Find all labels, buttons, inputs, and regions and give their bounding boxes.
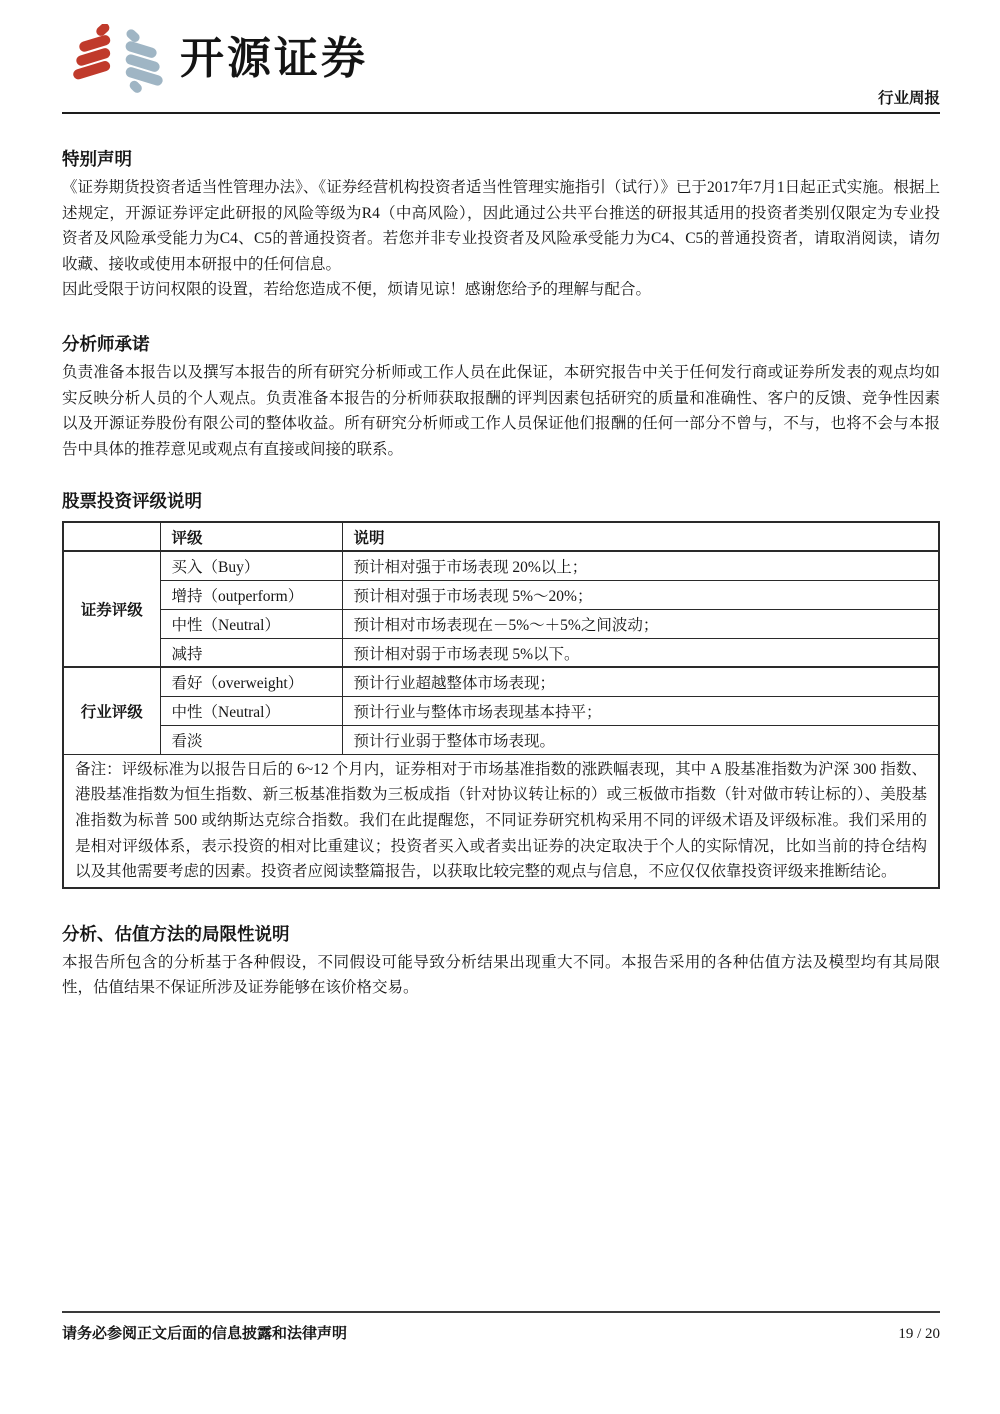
rating-cell: 减持 bbox=[160, 638, 342, 667]
section-title: 股票投资评级说明 bbox=[62, 490, 940, 512]
description-cell: 预计行业与整体市场表现基本持平； bbox=[342, 696, 939, 725]
section-title: 特别声明 bbox=[62, 148, 940, 170]
description-cell: 预计相对强于市场表现 5%～20%； bbox=[342, 580, 939, 609]
page-header: 开源证券 行业周报 bbox=[62, 0, 940, 114]
page-footer: 请务必参阅正文后面的信息披露和法律声明 19 / 20 bbox=[62, 1311, 940, 1343]
table-row: 中性（Neutral） 预计相对市场表现在－5%～＋5%之间波动； bbox=[63, 609, 939, 638]
company-name: 开源证券 bbox=[180, 37, 368, 81]
paragraph: 负责准备本报告以及撰写本报告的所有研究分析师或工作人员在此保证，本研究报告中关于… bbox=[62, 360, 940, 462]
group-label-industry: 行业评级 bbox=[63, 667, 160, 754]
table-header-row: 评级 说明 bbox=[63, 522, 939, 551]
rating-cell: 看好（overweight） bbox=[160, 667, 342, 696]
table-note: 备注：评级标准为以报告日后的 6~12 个月内，证券相对于市场基准指数的涨跌幅表… bbox=[63, 754, 939, 887]
section-analyst-commitment: 分析师承诺 负责准备本报告以及撰写本报告的所有研究分析师或工作人员在此保证，本研… bbox=[62, 333, 940, 462]
report-type-label: 行业周报 bbox=[878, 86, 940, 108]
description-cell: 预计行业超越整体市场表现； bbox=[342, 667, 939, 696]
table-row: 证券评级 买入（Buy） 预计相对强于市场表现 20%以上； bbox=[63, 551, 939, 580]
report-page: 开源证券 行业周报 特别声明 《证券期货投资者适当性管理办法》、《证券经营机构投… bbox=[0, 0, 1000, 1414]
table-row: 行业评级 看好（overweight） 预计行业超越整体市场表现； bbox=[63, 667, 939, 696]
table-row: 减持 预计相对弱于市场表现 5%以下。 bbox=[63, 638, 939, 667]
table-row: 看淡 预计行业弱于整体市场表现。 bbox=[63, 725, 939, 754]
kaiyuan-logo-icon bbox=[72, 24, 168, 94]
paragraph: 因此受限于访问权限的设置，若给您造成不便，烦请见谅！感谢您给予的理解与配合。 bbox=[62, 277, 940, 303]
table-row: 中性（Neutral） 预计行业与整体市场表现基本持平； bbox=[63, 696, 939, 725]
description-cell: 预计相对市场表现在－5%～＋5%之间波动； bbox=[342, 609, 939, 638]
header-cell-rating: 评级 bbox=[160, 522, 342, 551]
rating-cell: 看淡 bbox=[160, 725, 342, 754]
section-body: 负责准备本报告以及撰写本报告的所有研究分析师或工作人员在此保证，本研究报告中关于… bbox=[62, 360, 940, 462]
header-cell-description: 说明 bbox=[342, 522, 939, 551]
description-cell: 预计行业弱于整体市场表现。 bbox=[342, 725, 939, 754]
table-row: 增持（outperform） 预计相对强于市场表现 5%～20%； bbox=[63, 580, 939, 609]
header-cell-group bbox=[63, 522, 160, 551]
section-rating-explanation: 股票投资评级说明 评级 说明 证券评级 买入（Buy） 预计相对强于市场表现 2… bbox=[62, 490, 940, 888]
logo-leaf-blue bbox=[124, 27, 164, 94]
description-cell: 预计相对弱于市场表现 5%以下。 bbox=[342, 638, 939, 667]
rating-table: 评级 说明 证券评级 买入（Buy） 预计相对强于市场表现 20%以上； 增持（… bbox=[62, 521, 940, 888]
rating-cell: 中性（Neutral） bbox=[160, 696, 342, 725]
page-number: 19 / 20 bbox=[898, 1326, 940, 1343]
group-label-securities: 证券评级 bbox=[63, 551, 160, 667]
logo-leaf-red bbox=[72, 24, 112, 81]
rating-cell: 增持（outperform） bbox=[160, 580, 342, 609]
table-note-row: 备注：评级标准为以报告日后的 6~12 个月内，证券相对于市场基准指数的涨跌幅表… bbox=[63, 754, 939, 887]
section-body: 《证券期货投资者适当性管理办法》、《证券经营机构投资者适当性管理实施指引（试行）… bbox=[62, 175, 940, 303]
section-special-statement: 特别声明 《证券期货投资者适当性管理办法》、《证券经营机构投资者适当性管理实施指… bbox=[62, 148, 940, 303]
paragraph: 《证券期货投资者适当性管理办法》、《证券经营机构投资者适当性管理实施指引（试行）… bbox=[62, 175, 940, 277]
brand: 开源证券 bbox=[72, 24, 368, 94]
rating-cell: 买入（Buy） bbox=[160, 551, 342, 580]
footer-disclaimer: 请务必参阅正文后面的信息披露和法律声明 bbox=[62, 1322, 347, 1343]
description-cell: 预计相对强于市场表现 20%以上； bbox=[342, 551, 939, 580]
section-body: 本报告所包含的分析基于各种假设，不同假设可能导致分析结果出现重大不同。本报告采用… bbox=[62, 950, 940, 1001]
paragraph: 本报告所包含的分析基于各种假设，不同假设可能导致分析结果出现重大不同。本报告采用… bbox=[62, 950, 940, 1001]
section-limitations: 分析、估值方法的局限性说明 本报告所包含的分析基于各种假设，不同假设可能导致分析… bbox=[62, 923, 940, 1001]
section-title: 分析、估值方法的局限性说明 bbox=[62, 923, 940, 945]
section-title: 分析师承诺 bbox=[62, 333, 940, 355]
rating-cell: 中性（Neutral） bbox=[160, 609, 342, 638]
